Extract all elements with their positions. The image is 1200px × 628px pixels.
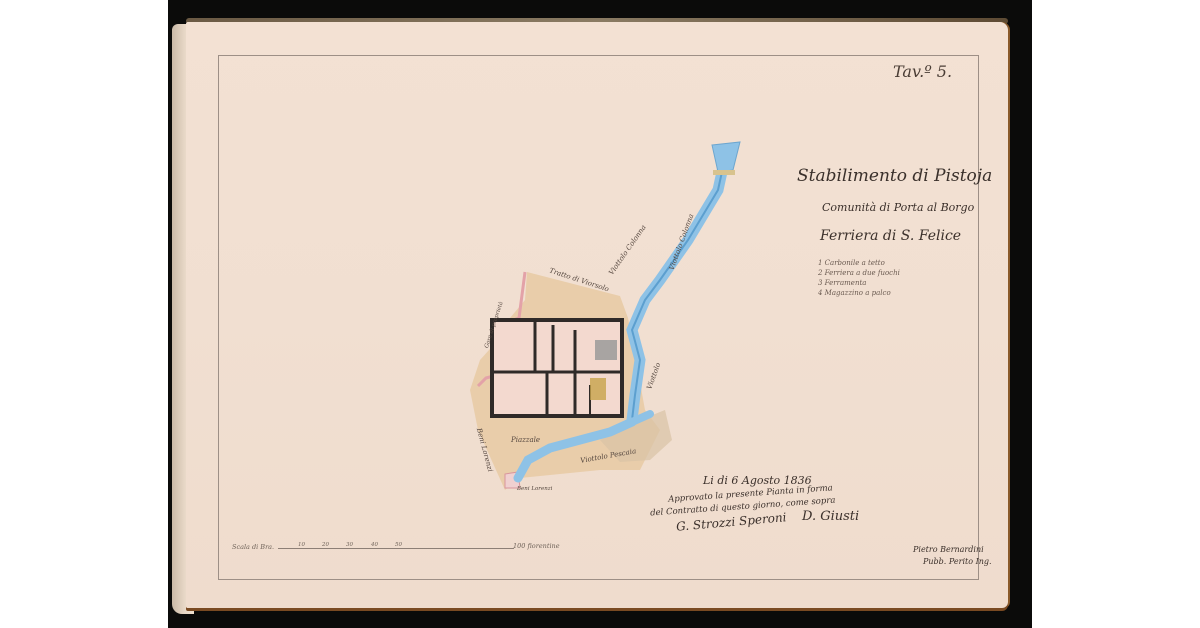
legend-item: 2 Ferriera a due fuochi (818, 268, 900, 278)
corner-signature-line-1: Pietro Bernardini (913, 544, 992, 556)
scale-tick: 10 (298, 542, 305, 548)
facility-name: Ferriera di S. Felice (820, 228, 961, 244)
community-name: Comunità di Porta al Borgo (822, 201, 974, 214)
scale-label: Scala di Bra. (232, 543, 274, 551)
corner-signature: Pietro Bernardini Pubb. Perito Ing. (913, 544, 992, 568)
legend-item: 1 Carbonile a tetto (818, 258, 900, 268)
site-plan-drawing (0, 0, 1200, 628)
scale-tick: 30 (346, 542, 353, 548)
scale-tick: 20 (322, 542, 329, 548)
map-label-yard: Piazzale (511, 436, 540, 444)
legend: 1 Carbonile a tetto 2 Ferriera a due fuo… (818, 258, 900, 298)
building-plan (492, 320, 622, 416)
legend-item: 3 Ferramenta (818, 278, 900, 288)
sheet-title: Stabilimento di Pistoja (797, 166, 992, 186)
scale-end-label: 100 fiorentine (513, 542, 560, 550)
legend-item: 4 Magazzino a palco (818, 288, 900, 298)
scale-bar (278, 548, 514, 549)
signature-right: D. Giusti (802, 509, 859, 524)
scale-tick: 40 (371, 542, 378, 548)
map-label-corner-plot: Beni Lorenzi (517, 486, 552, 492)
plate-number: Tav.º 5. (893, 62, 952, 81)
corner-signature-line-2: Pubb. Perito Ing. (913, 556, 992, 568)
scale-tick: 50 (395, 542, 402, 548)
